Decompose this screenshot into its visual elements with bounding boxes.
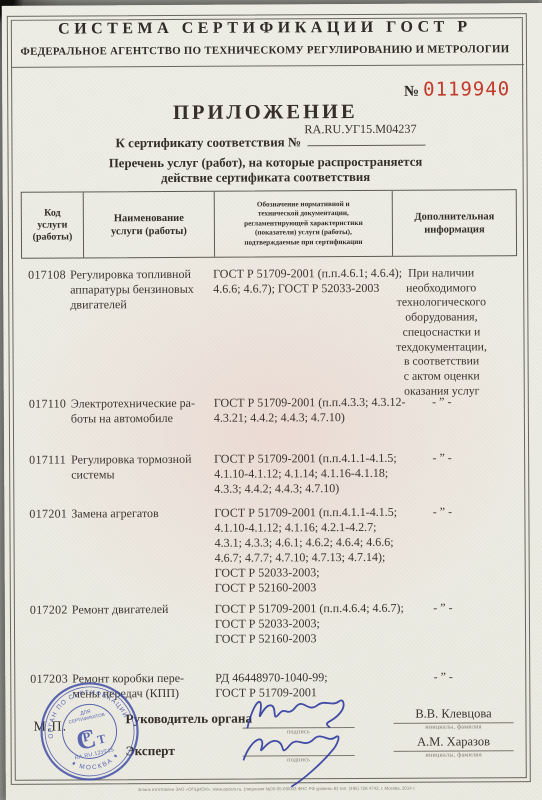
blank-number: № 0119940 bbox=[404, 78, 510, 101]
subtitle-line-2: действие сертификата соответствия bbox=[7, 169, 525, 187]
head-signature-ink bbox=[247, 700, 343, 727]
column-header-name: Наименование услуги (работы) bbox=[83, 192, 214, 258]
service-info: - ” - bbox=[396, 450, 488, 465]
service-docs: ГОСТ Р 51709-2001 (п.п.4.1.1-4.1.5; 4.1.… bbox=[214, 451, 408, 497]
system-title: СИСТЕМА СЕРТИФИКАЦИИ ГОСТ Р bbox=[6, 18, 524, 39]
head-name: В.В. Клевцова bbox=[393, 706, 513, 722]
handwritten-signatures bbox=[233, 687, 379, 788]
certificate-number-blank bbox=[307, 134, 425, 147]
service-name: Регулировка топливной аппаратуры бензино… bbox=[70, 267, 220, 313]
service-docs: ГОСТ Р 51709-2001 (п.п.4.3.3; 4.3.12- 4.… bbox=[214, 395, 408, 426]
expert-signature-ink bbox=[244, 736, 339, 786]
certification-body-stamp: ОРГАН ПО СЕРТИФИКАЦИИ ФГУП НАМИ ♦ МОСКВА… bbox=[23, 665, 156, 798]
service-info: - ” - bbox=[396, 504, 488, 519]
service-info: При наличии необходимого технологическог… bbox=[395, 265, 488, 398]
service-code: 017111 bbox=[29, 452, 77, 467]
service-name: Электротехнические ра- боты на автомобил… bbox=[71, 396, 221, 427]
document-title: ПРИЛОЖЕНИЕ bbox=[6, 100, 524, 126]
service-docs: ГОСТ Р 51709-2001 (п.п.4.6.4; 4.6.7); ГО… bbox=[215, 601, 409, 647]
service-code: 017201 bbox=[29, 506, 77, 521]
service-code: 017108 bbox=[28, 267, 76, 282]
table-header: Код услуги (работы) Наименование услуги … bbox=[21, 189, 517, 259]
certificate-paper: СИСТЕМА СЕРТИФИКАЦИИ ГОСТ Р ФЕДЕРАЛЬНОЕ … bbox=[2, 3, 542, 800]
service-code: 017202 bbox=[30, 602, 78, 617]
service-name: Замена агрегатов bbox=[71, 506, 221, 522]
service-code: 017110 bbox=[29, 396, 77, 411]
service-name: Ремонт двигателей bbox=[72, 602, 222, 618]
service-info: - ” - bbox=[396, 394, 488, 409]
service-docs: ГОСТ Р 51709-2001 (п.п.4.1.1-4.1.5; 4.1.… bbox=[214, 505, 408, 596]
column-header-code: Код услуги (работы) bbox=[22, 192, 83, 257]
number-sign: № bbox=[404, 84, 419, 100]
service-info: - ” - bbox=[397, 600, 489, 615]
service-docs: ГОСТ Р 51709-2001 (п.п.4.6.1; 4.6.4); 4.… bbox=[213, 266, 407, 297]
document-page: СИСТЕМА СЕРТИФИКАЦИИ ГОСТ Р ФЕДЕРАЛЬНОЕ … bbox=[0, 0, 542, 800]
name-caption: инициалы, фамилия bbox=[394, 752, 514, 759]
certificate-reference: К сертификату соответствия № bbox=[115, 134, 425, 152]
service-info: - ” - bbox=[397, 669, 489, 684]
column-header-info: Дополнительная информация bbox=[392, 190, 516, 256]
name-caption: инициалы, фамилия bbox=[394, 724, 514, 731]
rst-logo-t: Т bbox=[96, 731, 107, 746]
expert-name: А.М. Харазов bbox=[394, 734, 514, 750]
column-header-docs: Обозначение нормативной и технической до… bbox=[214, 191, 392, 257]
service-name: Регулировка тормозной системы bbox=[71, 452, 221, 483]
blank-number-value: 0119940 bbox=[423, 78, 510, 100]
certificate-label: К сертификату соответствия № bbox=[115, 134, 301, 150]
